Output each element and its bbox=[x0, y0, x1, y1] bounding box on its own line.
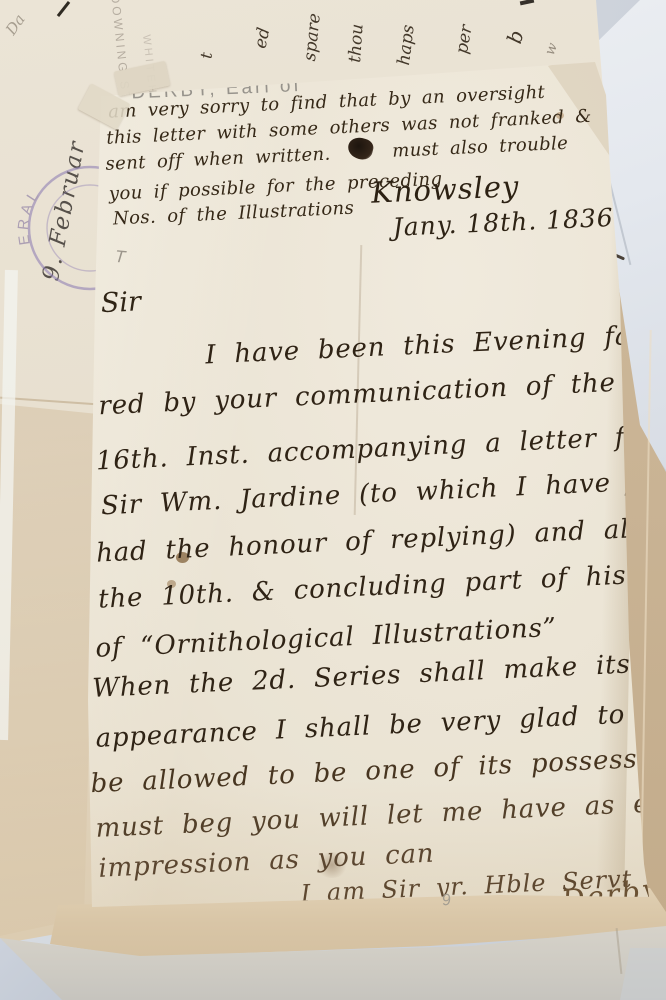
letter-sheet: DERBY, Earl of am very sorry to find tha… bbox=[0, 0, 666, 1000]
place-line: Knowsley bbox=[370, 169, 520, 210]
pencil-t-mark: T bbox=[114, 247, 126, 268]
note-line: sent off when written. bbox=[105, 144, 331, 175]
photo-stage: DOWNING STREET WHITEHALL 9. Februar ERAL… bbox=[0, 0, 666, 1000]
body-line-text: the 10th. & concluding part of his bbox=[98, 560, 646, 615]
stamp-text: ERAL bbox=[15, 185, 45, 246]
body-line: 16th. Inst. accompanying a letter from bbox=[95, 420, 666, 476]
note-line: must also trouble bbox=[392, 133, 569, 162]
body-line: I have been this Evening favo bbox=[205, 320, 664, 371]
handwriting-fragment: ed bbox=[251, 26, 275, 51]
salutation-line: Sir bbox=[100, 286, 141, 319]
handwriting-fragment: thou bbox=[345, 23, 368, 63]
date-line: Jany. 18th. 1836 bbox=[392, 203, 614, 242]
svg-text:ERAL: ERAL bbox=[15, 185, 45, 246]
body-line: red by your communication of the bbox=[98, 368, 616, 421]
body-line: appearance I shall be very glad to bbox=[95, 700, 626, 754]
letter-content: DERBY, Earl of am very sorry to find tha… bbox=[100, 81, 666, 967]
body-line: had the honour of replying) and also bbox=[96, 513, 661, 569]
under-sheet-fold-shade bbox=[0, 398, 100, 938]
body-line: Sir Wm. Jardine (to which I have just bbox=[100, 465, 666, 521]
